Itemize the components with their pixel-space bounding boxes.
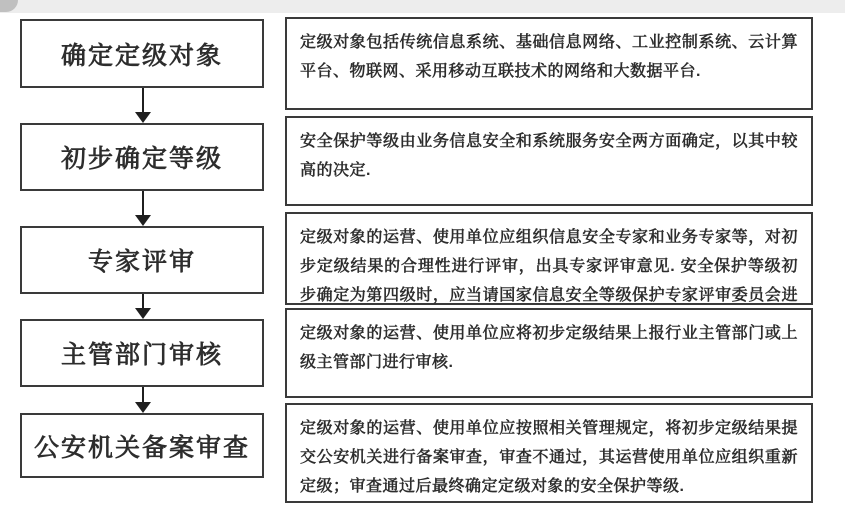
description-box-expert-review: 定级对象的运营、使用单位应组织信息安全专家和业务专家等，对初步定级结果的合理性进… — [285, 212, 813, 305]
arrow-head — [135, 112, 151, 123]
down-arrow-icon — [135, 294, 151, 319]
arrow-head — [135, 308, 151, 319]
arrow-line — [142, 191, 144, 217]
description-box-police-filing: 定级对象的运营、使用单位应按照相关管理规定，将初步定级结果提交公安机关进行备案审… — [285, 403, 813, 503]
step-label: 确定定级对象 — [61, 36, 223, 72]
step-label: 主管部门审核 — [61, 335, 223, 371]
down-arrow-icon — [135, 387, 151, 413]
flowchart-canvas: 确定定级对象 初步确定等级 专家评审 主管部门审核 公安机关备案审查 定级对象包… — [0, 0, 845, 512]
step-box-determine-object: 确定定级对象 — [20, 19, 264, 88]
description-box-authority-audit: 定级对象的运营、使用单位应将初步定级结果上报行业主管部门或上级主管部门进行审核. — [285, 308, 813, 398]
description-text: 定级对象包括传统信息系统、基础信息网络、工业控制系统、云计算平台、物联网、采用移… — [300, 28, 798, 86]
description-text: 定级对象的运营、使用单位应按照相关管理规定，将初步定级结果提交公安机关进行备案审… — [300, 414, 798, 501]
down-arrow-icon — [135, 191, 151, 226]
step-label: 初步确定等级 — [61, 139, 223, 175]
window-corner — [0, 0, 18, 12]
arrow-head — [135, 402, 151, 413]
description-box-determine-object: 定级对象包括传统信息系统、基础信息网络、工业控制系统、云计算平台、物联网、采用移… — [285, 17, 813, 110]
description-text: 安全保护等级由业务信息安全和系统服务安全两方面确定，以其中较高的决定. — [300, 127, 798, 185]
down-arrow-icon — [135, 88, 151, 123]
step-label: 专家评审 — [88, 242, 196, 278]
arrow-line — [142, 88, 144, 114]
top-strip — [0, 0, 845, 13]
arrow-head — [135, 215, 151, 226]
step-box-authority-audit: 主管部门审核 — [20, 319, 264, 387]
step-box-expert-review: 专家评审 — [20, 226, 264, 294]
step-label: 公安机关备案审查 — [34, 428, 250, 464]
step-box-initial-grade: 初步确定等级 — [20, 123, 264, 191]
step-box-police-filing: 公安机关备案审查 — [20, 413, 264, 478]
description-text: 定级对象的运营、使用单位应将初步定级结果上报行业主管部门或上级主管部门进行审核. — [300, 319, 798, 377]
description-box-initial-grade: 安全保护等级由业务信息安全和系统服务安全两方面确定，以其中较高的决定. — [285, 116, 813, 206]
